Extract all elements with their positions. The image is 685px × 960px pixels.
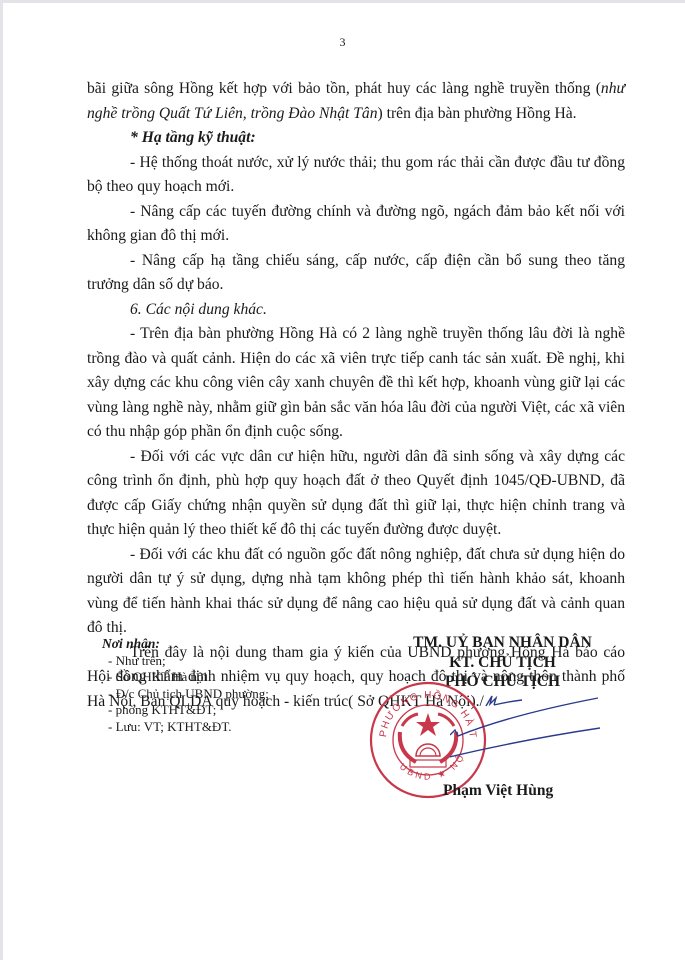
infrastructure-item: - Hệ thống thoát nước, xử lý nước thải; … xyxy=(87,151,625,200)
recipients-block: Nơi nhận: - Như trên; - Sở QHKT Hà nội -… xyxy=(100,636,269,735)
recipient-item: - Lưu: VT; KTHT&ĐT. xyxy=(108,719,269,736)
recipient-item: - Như trên; xyxy=(108,653,269,670)
page-top-edge xyxy=(0,0,685,3)
paragraph-text: bãi giữa sông Hồng kết hợp với bảo tồn, … xyxy=(87,80,601,97)
signature-line-1: TM. UỶ BAN NHÂN DÂN xyxy=(400,633,605,653)
recipient-item: - Sở QHKT Hà nội xyxy=(108,669,269,686)
infrastructure-item: - Nâng cấp các tuyến đường chính và đườn… xyxy=(87,200,625,249)
section-6-item: - Đối với các vực dân cư hiện hữu, người… xyxy=(87,445,625,543)
page-left-edge xyxy=(0,0,3,960)
infrastructure-heading: * Hạ tầng kỹ thuật: xyxy=(87,126,625,151)
section-6-item: - Trên địa bàn phường Hồng Hà có 2 làng … xyxy=(87,322,625,445)
signer-name: Phạm Việt Hùng xyxy=(443,782,553,800)
recipient-item: - Đ/c Chủ tịch UBND phường; xyxy=(108,686,269,703)
recipients-title: Nơi nhận: xyxy=(102,636,269,653)
recipient-item: - phòng KTHT&ĐT; xyxy=(108,702,269,719)
infrastructure-item: - Nâng cấp hạ tầng chiếu sáng, cấp nước,… xyxy=(87,249,625,298)
page-number: 3 xyxy=(0,35,685,50)
section-6-heading: 6. Các nội dung khác. xyxy=(87,298,625,323)
paragraph-continuation: bãi giữa sông Hồng kết hợp với bảo tồn, … xyxy=(87,77,625,126)
document-body: bãi giữa sông Hồng kết hợp với bảo tồn, … xyxy=(87,77,625,714)
section-6-item: - Đối với các khu đất có nguồn gốc đất n… xyxy=(87,543,625,641)
handwritten-signature-icon xyxy=(450,690,600,760)
signature-line-2: KT. CHỦ TỊCH xyxy=(400,653,605,673)
paragraph-text-end: ) trên địa bàn phường Hồng Hà. xyxy=(378,105,577,122)
